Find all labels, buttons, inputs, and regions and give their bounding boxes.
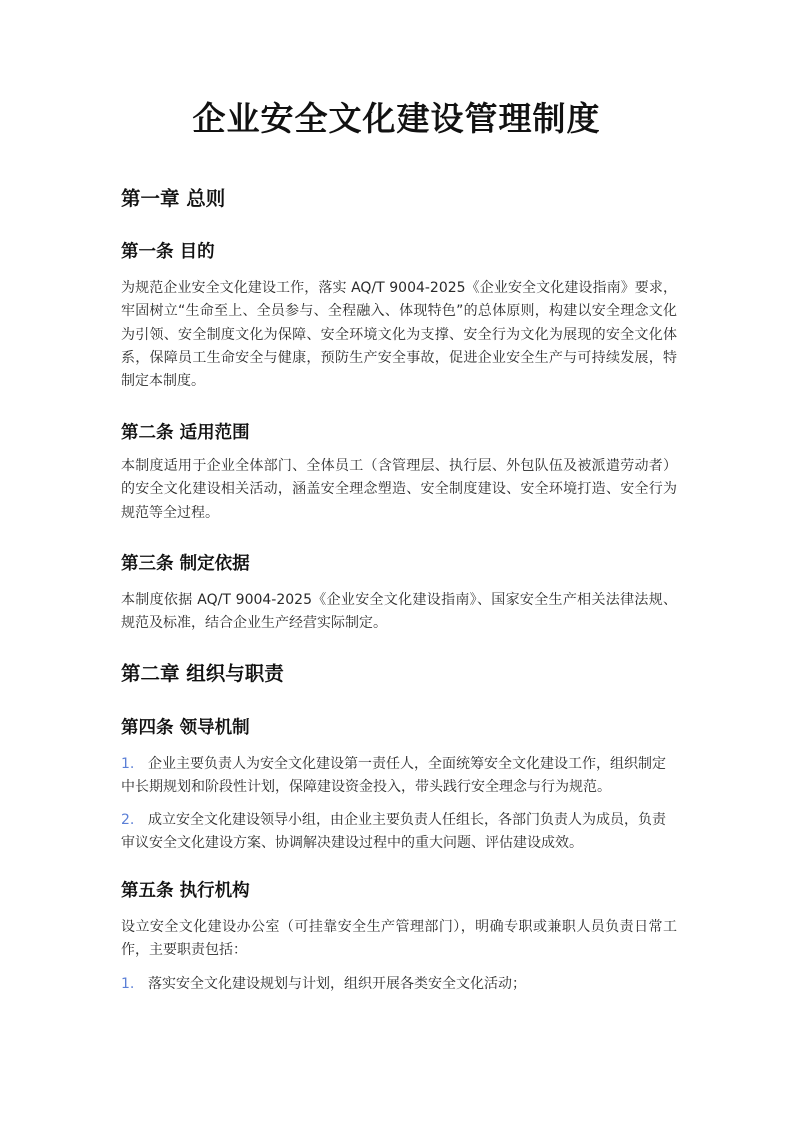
list-number: 1. [121,753,148,776]
article-3-paragraph: 本制度依据 AQ/T 9004-2025《企业安全文化建设指南》、国家安全生产相… [121,589,677,636]
list-item-text: 落实安全文化建设规划与计划，组织开展各类安全文化活动； [148,976,526,992]
list-item: 2.成立安全文化建设领导小组，由企业主要负责人任组长，各部门负责人为成员，负责审… [121,809,677,856]
list-item-text: 企业主要负责人为安全文化建设第一责任人，全面统筹安全文化建设工作，组织制定中长期… [121,756,666,795]
article-3-heading: 第三条 制定依据 [121,551,250,577]
article-1-paragraph: 为规范企业安全文化建设工作，落实 AQ/T 9004-2025《企业安全文化建设… [121,277,677,393]
list-item: 1.落实安全文化建设规划与计划，组织开展各类安全文化活动； [121,973,677,996]
list-number: 2. [121,809,148,832]
article-5-heading: 第五条 执行机构 [121,878,250,904]
list-item: 1.企业主要负责人为安全文化建设第一责任人，全面统筹安全文化建设工作，组织制定中… [121,753,677,800]
article-1-heading: 第一条 目的 [121,239,215,265]
article-4-heading: 第四条 领导机制 [121,715,250,741]
article-2-heading: 第二条 适用范围 [121,420,250,446]
chapter-2-heading: 第二章 组织与职责 [121,660,284,688]
list-item-text: 成立安全文化建设领导小组，由企业主要负责人任组长，各部门负责人为成员，负责审议安… [121,812,666,851]
article-2-paragraph: 本制度适用于企业全体部门、全体员工（含管理层、执行层、外包队伍及被派遣劳动者）的… [121,455,677,525]
document-title: 企业安全文化建设管理制度 [0,97,793,141]
list-number: 1. [121,973,148,996]
chapter-1-heading: 第一章 总则 [121,185,225,213]
article-5-paragraph: 设立安全文化建设办公室（可挂靠安全生产管理部门），明确专职或兼职人员负责日常工作… [121,916,677,963]
